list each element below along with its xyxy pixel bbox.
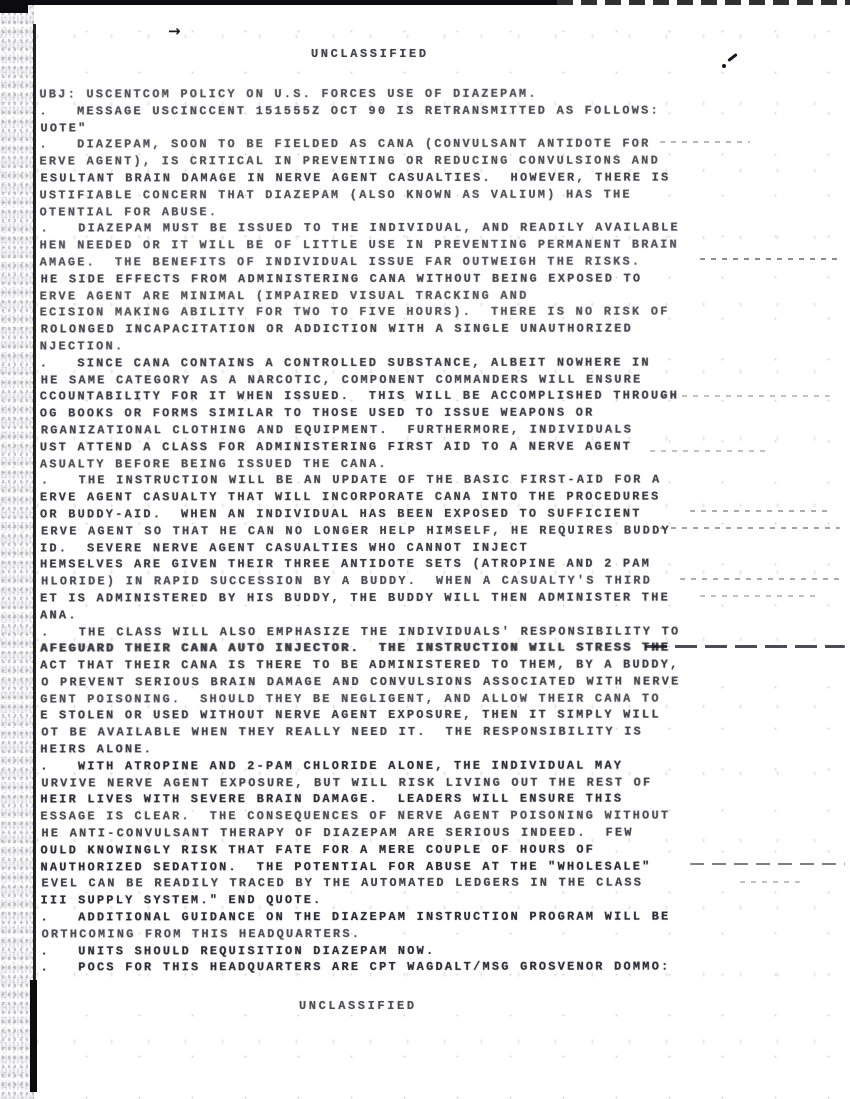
document-line: ERVE AGENT ARE MINIMAL (IMPAIRED VISUAL … — [40, 287, 740, 305]
document-line: AMAGE. THE BENEFITS OF INDIVIDUAL ISSUE … — [40, 253, 740, 271]
document-line: CCOUNTABILITY FOR IT WHEN ISSUED. THIS W… — [40, 388, 740, 406]
document-line: AFEGUARD THEIR CANA AUTO INJECTOR. THE I… — [40, 640, 740, 658]
document-line: HE ANTI-CONVULSANT THERAPY OF DIAZEPAM A… — [41, 825, 741, 843]
classification-header: UNCLASSIFIED — [311, 47, 429, 61]
document-line: ID. SEVERE NERVE AGENT CASUALTIES WHO CA… — [40, 539, 740, 557]
document-line: HEIR LIVES WITH SEVERE BRAIN DAMAGE. LEA… — [40, 791, 740, 809]
document-line: UBJ: USCENTCOM POLICY ON U.S. FORCES USE… — [39, 86, 739, 104]
document-line: OULD KNOWINGLY RISK THAT FATE FOR A MERE… — [40, 841, 740, 859]
document-line: . SINCE CANA CONTAINS A CONTROLLED SUBST… — [40, 354, 740, 372]
document-line: GENT POISONING. SHOULD THEY BE NEGLIGENT… — [40, 690, 740, 708]
toner-smudge — [650, 450, 770, 452]
document-line: ERVE AGENT), IS CRITICAL IN PREVENTING O… — [39, 153, 739, 171]
toner-smudge — [700, 258, 842, 260]
document-line: OR BUDDY-AID. WHEN AN INDIVIDUAL HAS BEE… — [40, 505, 740, 523]
document-line: . MESSAGE USCINCCENT 151555Z OCT 90 IS R… — [39, 102, 739, 120]
document-line: . THE INSTRUCTION WILL BE AN UPDATE OF T… — [41, 472, 741, 490]
document-line: ROLONGED INCAPACITATION OR ADDICTION WIT… — [41, 321, 741, 339]
toner-smudge — [660, 395, 830, 397]
scan-edge-left-rule — [33, 24, 36, 1078]
document-line: HEN NEEDED OR IT WILL BE OF LITTLE USE I… — [40, 237, 740, 255]
scan-noise-strip — [0, 0, 34, 1099]
toner-smudge — [690, 863, 845, 865]
toner-smudge — [660, 527, 840, 529]
document-line: . DIAZEPAM MUST BE ISSUED TO THE INDIVID… — [41, 220, 741, 238]
document-line: O PREVENT SERIOUS BRAIN DAMAGE AND CONVU… — [41, 673, 741, 691]
scan-edge-top-bar — [0, 0, 557, 5]
toner-smudge — [690, 510, 830, 512]
document-line: EVEL CAN BE READILY TRACED BY THE AUTOMA… — [41, 875, 741, 893]
document-line: RGANIZATIONAL CLOTHING AND EQUIPMENT. FU… — [41, 421, 741, 439]
document-line: OT BE AVAILABLE WHEN THEY REALLY NEED IT… — [41, 724, 741, 742]
scan-edge-top-dashes — [557, 0, 850, 5]
document-line: . UNITS SHOULD REQUISITION DIAZEPAM NOW. — [41, 942, 741, 960]
document-line: E STOLEN OR USED WITHOUT NERVE AGENT EXP… — [40, 707, 740, 725]
document-line: . POCS FOR THIS HEADQUARTERS ARE CPT WAG… — [41, 959, 741, 977]
document-line: ORTHCOMING FROM THIS HEADQUARTERS. — [42, 925, 742, 943]
document-line: ERVE AGENT SO THAT HE CAN NO LONGER HELP… — [41, 522, 741, 540]
toner-smudge — [660, 141, 750, 143]
document-line: III SUPPLY SYSTEM." END QUOTE. — [41, 892, 741, 910]
document-line: HLORIDE) IN RAPID SUCCESSION BY A BUDDY.… — [41, 573, 741, 591]
document-line: URVIVE NERVE AGENT EXPOSURE, BUT WILL RI… — [41, 774, 741, 792]
document-line: ESULTANT BRAIN DAMAGE IN NERVE AGENT CAS… — [40, 169, 740, 187]
document-line: UOTE" — [40, 119, 740, 137]
document-page: → UNCLASSIFIED UBJ: USCENTCOM POLICY ON … — [0, 0, 850, 1099]
ink-smudge-mark — [720, 52, 740, 70]
handwritten-arrow-mark: → — [168, 22, 181, 40]
toner-smudge — [700, 595, 820, 597]
toner-smudge — [680, 578, 840, 580]
document-line: . DIAZEPAM, SOON TO BE FIELDED AS CANA (… — [39, 136, 739, 154]
scan-corner-block — [0, 0, 28, 13]
document-line: . ADDITIONAL GUIDANCE ON THE DIAZEPAM IN… — [41, 909, 741, 927]
document-line: . THE CLASS WILL ALSO EMPHASIZE THE INDI… — [41, 623, 741, 641]
document-line: OG BOOKS OR FORMS SIMILAR TO THOSE USED … — [40, 405, 740, 423]
document-body: UBJ: USCENTCOM POLICY ON U.S. FORCES USE… — [39, 86, 740, 977]
document-line: NAUTHORIZED SEDATION. THE POTENTIAL FOR … — [40, 858, 740, 876]
classification-footer: UNCLASSIFIED — [299, 999, 417, 1013]
document-line: ESSAGE IS CLEAR. THE CONSEQUENCES OF NER… — [40, 808, 740, 826]
document-line: ET IS ADMINISTERED BY HIS BUDDY, THE BUD… — [40, 589, 740, 607]
document-line: USTIFIABLE CONCERN THAT DIAZEPAM (ALSO K… — [40, 186, 740, 204]
document-line: OTENTIAL FOR ABUSE. — [40, 203, 740, 221]
document-line: HEIRS ALONE. — [40, 741, 740, 759]
toner-smudge — [740, 881, 800, 883]
document-line: NJECTION. — [40, 337, 740, 355]
document-line: ANA. — [40, 606, 740, 624]
document-line: ACT THAT THEIR CANA IS THERE TO BE ADMIN… — [40, 657, 740, 675]
scan-edge-left-rule-thick — [30, 980, 37, 1092]
document-line: ERVE AGENT CASUALTY THAT WILL INCORPORAT… — [40, 489, 740, 507]
document-line: ASUALTY BEFORE BEING ISSUED THE CANA. — [40, 455, 740, 473]
document-line: UST ATTEND A CLASS FOR ADMINISTERING FIR… — [40, 438, 740, 456]
document-line: HEMSELVES ARE GIVEN THEIR THREE ANTIDOTE… — [40, 556, 740, 574]
toner-smudge — [645, 645, 845, 648]
document-line: . WITH ATROPINE AND 2-PAM CHLORIDE ALONE… — [40, 757, 740, 775]
document-line: HE SAME CATEGORY AS A NARCOTIC, COMPONEN… — [41, 371, 741, 389]
document-line: HE SIDE EFFECTS FROM ADMINISTERING CANA … — [41, 270, 741, 288]
document-line: ECISION MAKING ABILITY FOR TWO TO FIVE H… — [40, 304, 740, 322]
